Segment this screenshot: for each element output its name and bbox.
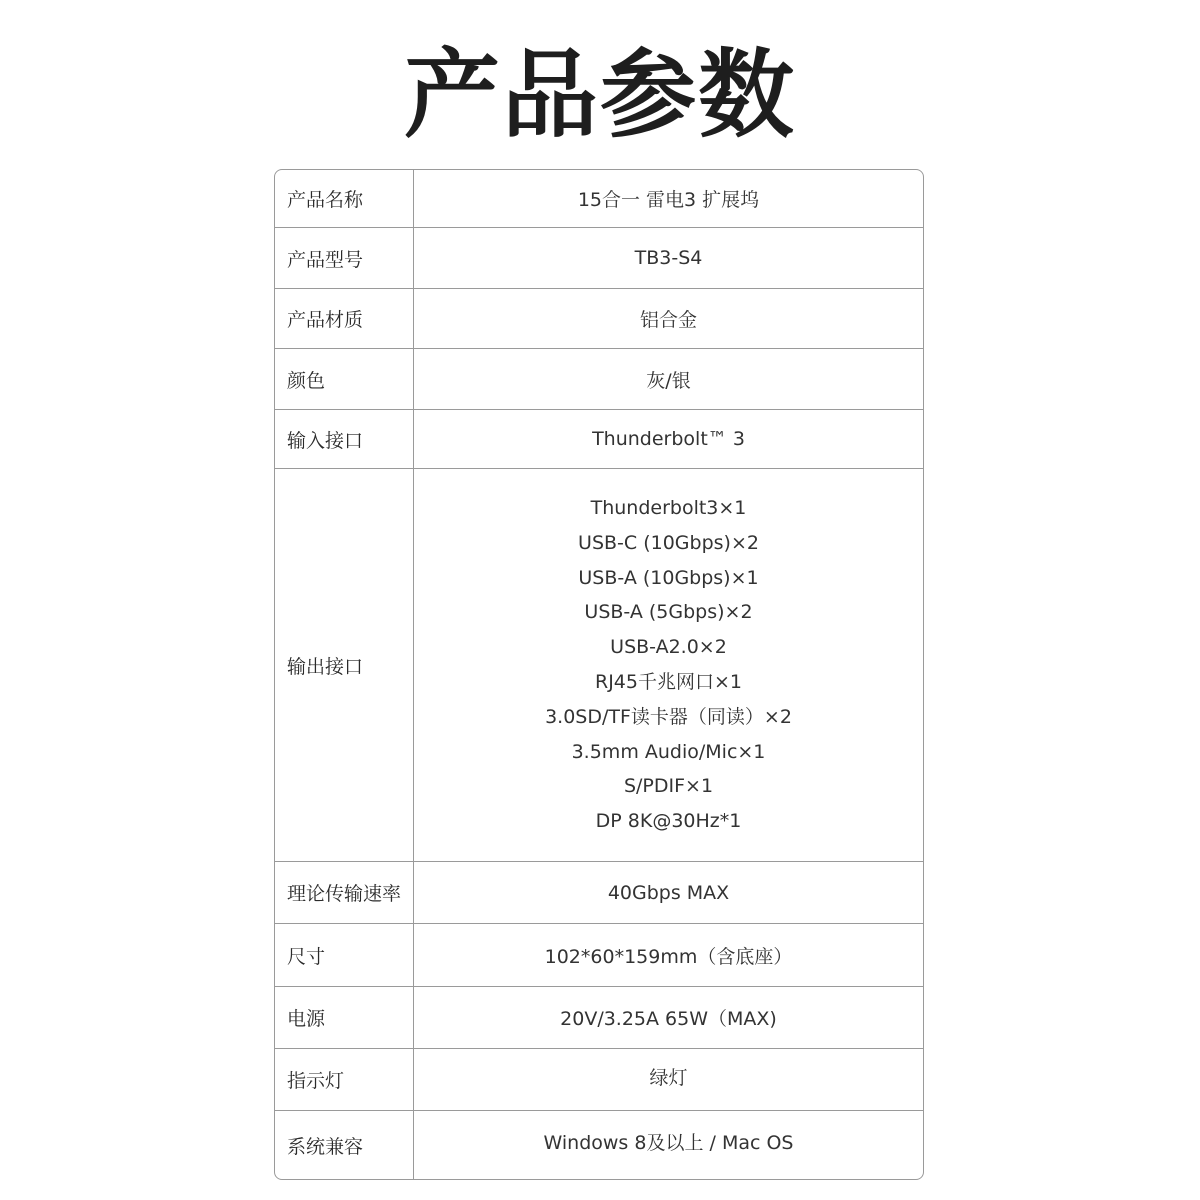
output-port-item: USB-C (10Gbps)×2 — [578, 526, 759, 561]
output-port-item: RJ45千兆网口×1 — [595, 665, 742, 700]
spec-value: 绿灯 — [414, 1049, 923, 1110]
page-title: 产品参数 — [0, 40, 1200, 150]
spec-row-material: 产品材质 铝合金 — [275, 288, 923, 348]
spec-value: 铝合金 — [414, 289, 923, 348]
output-port-item: 3.5mm Audio/Mic×1 — [572, 735, 766, 770]
spec-value: Windows 8及以上 / Mac OS — [414, 1111, 923, 1179]
spec-label: 电源 — [275, 987, 414, 1048]
output-port-item: USB-A (5Gbps)×2 — [584, 595, 752, 630]
output-port-item: USB-A2.0×2 — [610, 630, 727, 665]
spec-row-output: 输出接口 Thunderbolt3×1 USB-C (10Gbps)×2 USB… — [275, 468, 923, 861]
spec-label: 理论传输速率 — [275, 862, 414, 923]
output-port-item: Thunderbolt3×1 — [591, 491, 747, 526]
output-port-item: DP 8K@30Hz*1 — [596, 804, 742, 839]
spec-row-indicator: 指示灯 绿灯 — [275, 1048, 923, 1110]
spec-value: TB3-S4 — [414, 228, 923, 288]
spec-row-model: 产品型号 TB3-S4 — [275, 227, 923, 288]
spec-row-compat: 系统兼容 Windows 8及以上 / Mac OS — [275, 1110, 923, 1179]
spec-row-speed: 理论传输速率 40Gbps MAX — [275, 861, 923, 923]
spec-row-power: 电源 20V/3.25A 65W（MAX) — [275, 986, 923, 1048]
spec-label: 产品材质 — [275, 289, 414, 348]
output-port-item: S/PDIF×1 — [624, 769, 713, 804]
spec-value: 15合一 雷电3 扩展坞 — [414, 170, 923, 227]
spec-value: 40Gbps MAX — [414, 862, 923, 923]
spec-row-size: 尺寸 102*60*159mm（含底座） — [275, 923, 923, 986]
spec-row-input: 输入接口 Thunderbolt™ 3 — [275, 409, 923, 468]
spec-value: 20V/3.25A 65W（MAX) — [414, 987, 923, 1048]
spec-label: 颜色 — [275, 349, 414, 409]
spec-value: Thunderbolt™ 3 — [414, 410, 923, 468]
spec-row-color: 颜色 灰/银 — [275, 348, 923, 409]
spec-value: 灰/银 — [414, 349, 923, 409]
spec-label: 输入接口 — [275, 410, 414, 468]
spec-value-list: Thunderbolt3×1 USB-C (10Gbps)×2 USB-A (1… — [414, 469, 923, 861]
spec-label: 产品型号 — [275, 228, 414, 288]
spec-label: 输出接口 — [275, 469, 414, 861]
output-port-item: USB-A (10Gbps)×1 — [578, 561, 758, 596]
spec-label: 产品名称 — [275, 170, 414, 227]
output-port-item: 3.0SD/TF读卡器（同读）×2 — [545, 700, 792, 735]
spec-row-name: 产品名称 15合一 雷电3 扩展坞 — [275, 170, 923, 227]
spec-value: 102*60*159mm（含底座） — [414, 924, 923, 986]
spec-label: 系统兼容 — [275, 1111, 414, 1179]
spec-label: 指示灯 — [275, 1049, 414, 1110]
spec-label: 尺寸 — [275, 924, 414, 986]
spec-table: 产品名称 15合一 雷电3 扩展坞 产品型号 TB3-S4 产品材质 铝合金 颜… — [274, 169, 924, 1180]
